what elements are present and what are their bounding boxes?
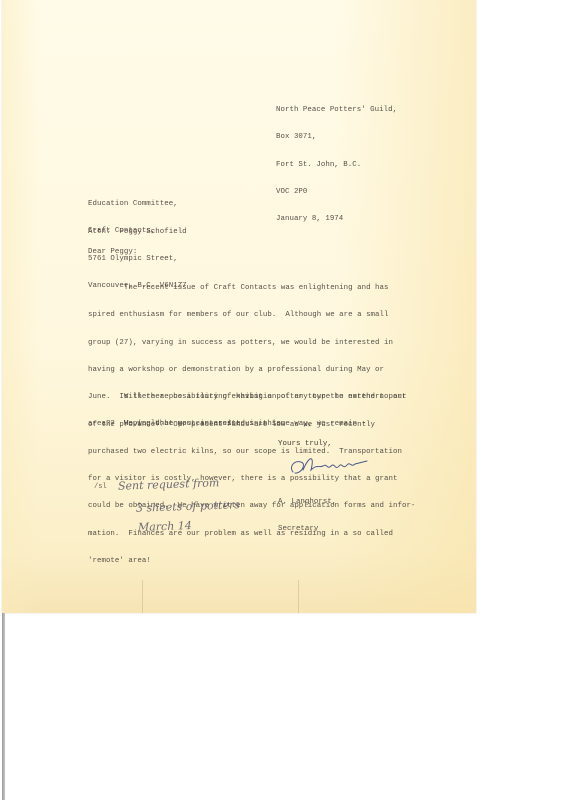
body-line: Hoping that you can assist us in some wa… [88,420,366,429]
sender-address: North Peace Potters' Guild, Box 3071, Fo… [276,88,397,234]
salutation: Dear Peggy: [88,248,137,257]
sender-line: North Peace Potters' Guild, [276,106,397,115]
paper-crease [142,580,143,613]
body-line: Will there be a touring exhibition of an… [88,393,406,402]
body-line: group (27), varying in success as potter… [88,339,415,348]
signature [287,450,369,478]
sender-line: Box 3071, [276,133,397,142]
body-line: mation. Finances are our problem as well… [88,530,415,539]
typist-initials: /sl [94,483,107,492]
body-line: having a workshop or demonstration by a … [88,366,415,375]
recipient-line: Education Committee, [88,200,187,209]
signer-name: A. Langhorst, [278,498,336,507]
sender-line: VOC 2P0 [276,188,397,197]
paper-crease [298,580,299,613]
sender-line: Fort St. John, B.C. [276,161,397,170]
handwritten-note-line: March 14 [138,519,192,535]
body-paragraph-3: Hoping that you can assist us in some wa… [88,402,366,438]
body-line: 'remote' area! [88,557,415,566]
body-line: The recent issue of Craft Contacts was e… [88,284,415,293]
letter-date: January 8, 1974 [276,215,397,224]
signer-title: Secretary [278,525,336,534]
closing: Yours truly, [278,440,332,449]
attention-line: Attn: Peggy Schofield [88,228,187,237]
signer-block: A. Langhorst, Secretary [278,480,336,544]
body-line: spired enthusiasm for members of our clu… [88,311,415,320]
scan-edge [2,613,5,800]
